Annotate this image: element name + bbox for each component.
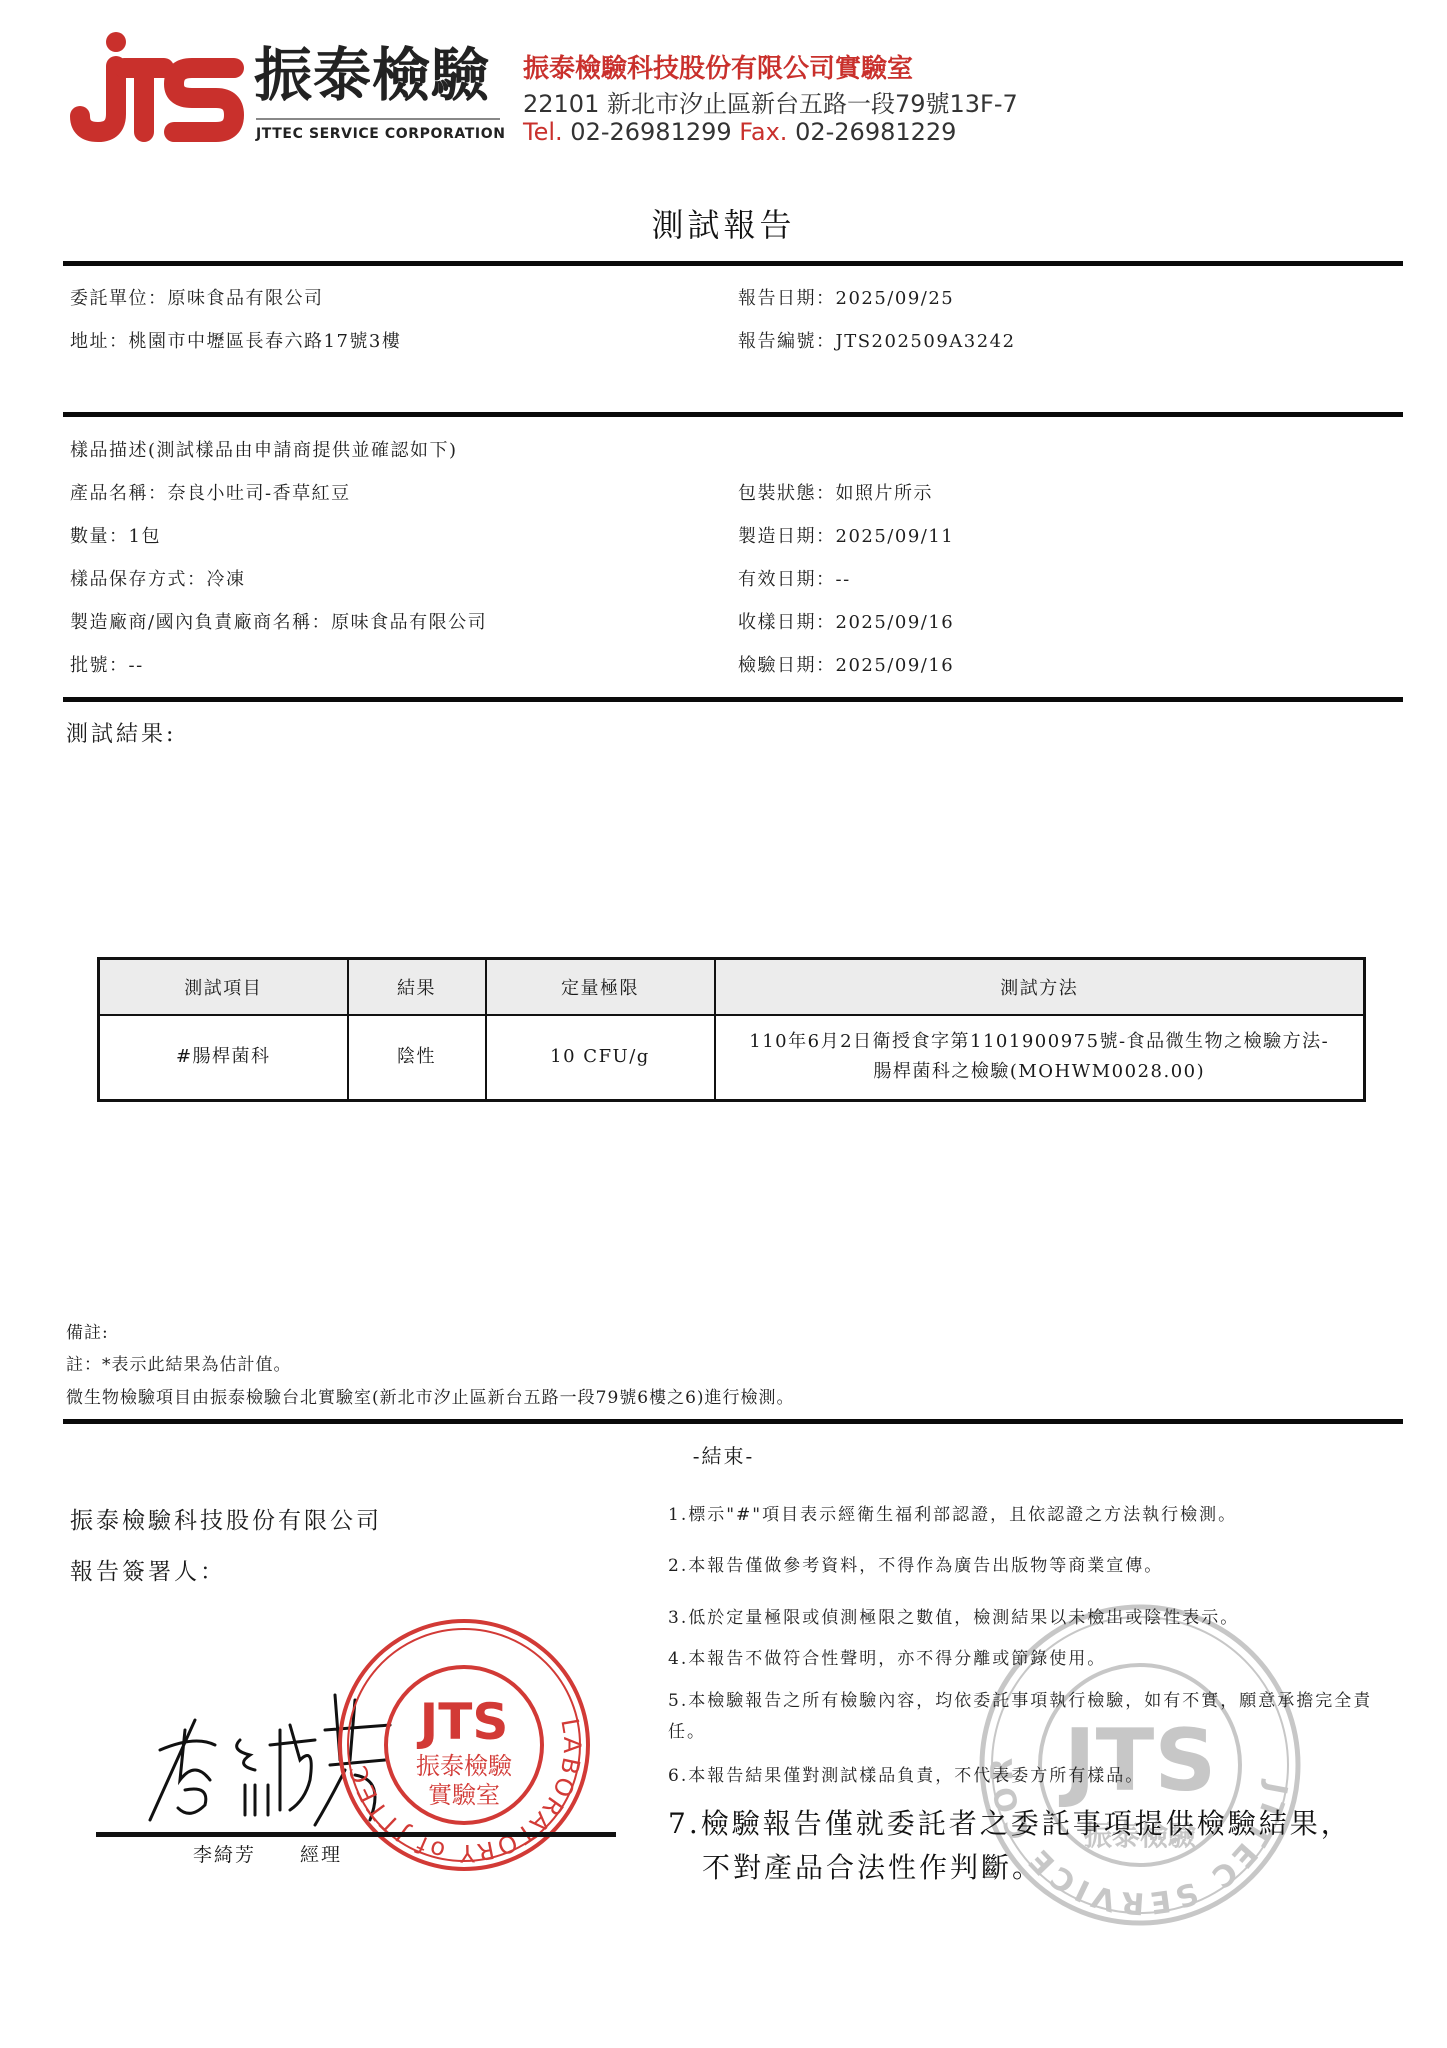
manufacturer-label: 製造廠商/國內負責廠商名稱： bbox=[70, 612, 331, 633]
signature-line bbox=[96, 1832, 616, 1837]
report-number-value: JTS202509A3242 bbox=[836, 331, 1016, 352]
batch-number: 批號：-- bbox=[70, 651, 144, 677]
results-table: 測試項目 結果 定量極限 測試方法 #腸桿菌科 陰性 10 CFU/g 110年… bbox=[97, 957, 1366, 1102]
method-line-2: 腸桿菌科之檢驗(MOHWM0028.00) bbox=[716, 1057, 1364, 1087]
jts-logo-icon bbox=[66, 28, 244, 146]
expiry-date: 有效日期：-- bbox=[738, 565, 851, 591]
batch-number-value: -- bbox=[129, 655, 144, 676]
packaging-status-label: 包裝狀態： bbox=[738, 483, 836, 504]
lab-contact: Tel. 02-26981299 Fax. 02-26981229 bbox=[523, 118, 956, 146]
report-date: 報告日期：2025/09/25 bbox=[738, 284, 954, 310]
client-unit-value: 原味食品有限公司 bbox=[168, 288, 324, 309]
note-estimate: 註：*表示此結果為估計值。 bbox=[66, 1350, 292, 1375]
issuing-company: 振泰檢驗科技股份有限公司 bbox=[70, 1502, 382, 1535]
product-name-label: 產品名稱： bbox=[70, 483, 168, 504]
divider bbox=[63, 1419, 1403, 1424]
sample-heading: 樣品描述(測試樣品由申請商提供並確認如下) bbox=[70, 436, 458, 462]
svg-text:JTS: JTS bbox=[417, 1693, 509, 1751]
clause-2: 2.本報告僅做參考資料，不得作為廣告出版物等商業宣傳。 bbox=[668, 1551, 1388, 1582]
clause-5: 5.本檢驗報告之所有檢驗內容，均依委託事項執行檢驗，如有不實，願意承擔完全責任。 bbox=[668, 1686, 1388, 1748]
notes-heading: 備註: bbox=[66, 1318, 109, 1343]
document-title: 測試報告 bbox=[0, 200, 1447, 246]
svg-text:實驗室: 實驗室 bbox=[428, 1781, 500, 1809]
report-number-label: 報告編號： bbox=[738, 331, 836, 352]
product-name-value: 奈良小吐司-香草紅豆 bbox=[168, 483, 351, 504]
expiry-date-label: 有效日期： bbox=[738, 569, 836, 590]
brand-divider bbox=[256, 118, 500, 120]
report-date-value: 2025/09/25 bbox=[836, 288, 955, 309]
manufacturer: 製造廠商/國內負責廠商名稱：原味食品有限公司 bbox=[70, 608, 487, 634]
manufacture-date: 製造日期：2025/09/11 bbox=[738, 522, 954, 548]
results-heading: 測試結果: bbox=[66, 717, 176, 748]
clause-6: 6.本報告結果僅對測試樣品負責，不代表委方所有樣品。 bbox=[668, 1761, 1388, 1792]
packaging-status: 包裝狀態：如照片所示 bbox=[738, 479, 933, 505]
signer-title: 經理 bbox=[300, 1840, 342, 1867]
signer-label: 報告簽署人： bbox=[70, 1553, 226, 1586]
tel-number: 02-26981299 bbox=[570, 118, 731, 146]
manufacture-date-label: 製造日期： bbox=[738, 526, 836, 547]
cell-method: 110年6月2日衛授食字第1101900975號-食品微生物之檢驗方法- 腸桿菌… bbox=[715, 1015, 1365, 1101]
tel-label: Tel. bbox=[523, 118, 563, 146]
test-date-value: 2025/09/16 bbox=[836, 655, 955, 676]
brand-name-cn: 振泰檢驗 bbox=[254, 46, 490, 104]
table-header-row: 測試項目 結果 定量極限 測試方法 bbox=[99, 959, 1365, 1015]
storage-method-label: 樣品保存方式： bbox=[70, 569, 207, 590]
cell-loq: 10 CFU/g bbox=[486, 1015, 715, 1101]
client-address: 地址：桃園市中壢區長春六路17號3樓 bbox=[70, 327, 401, 353]
clause-7: 7.檢驗報告僅就委託者之委託事項提供檢驗結果， bbox=[668, 1802, 1388, 1846]
storage-method-value: 冷凍 bbox=[207, 569, 246, 590]
client-address-value: 桃園市中壢區長春六路17號3樓 bbox=[129, 331, 402, 352]
report-number: 報告編號：JTS202509A3242 bbox=[738, 327, 1016, 353]
divider bbox=[63, 412, 1403, 417]
packaging-status-value: 如照片所示 bbox=[836, 483, 934, 504]
method-line-1: 110年6月2日衛授食字第1101900975號-食品微生物之檢驗方法- bbox=[716, 1027, 1364, 1057]
product-name: 產品名稱：奈良小吐司-香草紅豆 bbox=[70, 479, 351, 505]
report-date-label: 報告日期： bbox=[738, 288, 836, 309]
divider bbox=[63, 261, 1403, 266]
clause-3: 3.低於定量極限或偵測極限之數值，檢測結果以未檢出或陰性表示。 bbox=[668, 1603, 1388, 1634]
received-date-label: 收樣日期： bbox=[738, 612, 836, 633]
quantity-label: 數量： bbox=[70, 526, 129, 547]
cell-test-item: #腸桿菌科 bbox=[99, 1015, 348, 1101]
expiry-date-value: -- bbox=[836, 569, 851, 590]
col-header-method: 測試方法 bbox=[715, 959, 1365, 1015]
lab-address: 22101 新北市汐止區新台五路一段79號13F-7 bbox=[523, 84, 1018, 119]
manufacture-date-value: 2025/09/11 bbox=[836, 526, 955, 547]
batch-number-label: 批號： bbox=[70, 655, 129, 676]
clause-1: 1.標示"#"項目表示經衛生福利部認證，且依認證之方法執行檢測。 bbox=[668, 1500, 1388, 1531]
end-mark: -結束- bbox=[0, 1440, 1447, 1469]
cell-result: 陰性 bbox=[348, 1015, 486, 1101]
clause-7-continued: 不對產品合法性作判斷。 bbox=[702, 1846, 1422, 1890]
test-date: 檢驗日期：2025/09/16 bbox=[738, 651, 954, 677]
received-date-value: 2025/09/16 bbox=[836, 612, 955, 633]
client-unit-label: 委託單位： bbox=[70, 288, 168, 309]
letterhead: 振泰檢驗 JTTEC SERVICE CORPORATION 振泰檢驗科技股份有… bbox=[66, 28, 1066, 148]
manufacturer-value: 原味食品有限公司 bbox=[331, 612, 487, 633]
col-header-loq: 定量極限 bbox=[486, 959, 715, 1015]
table-row: #腸桿菌科 陰性 10 CFU/g 110年6月2日衛授食字第110190097… bbox=[99, 1015, 1365, 1101]
client-address-label: 地址： bbox=[70, 331, 129, 352]
brand-name-en: JTTEC SERVICE CORPORATION bbox=[256, 126, 506, 142]
received-date: 收樣日期：2025/09/16 bbox=[738, 608, 954, 634]
client-unit: 委託單位：原味食品有限公司 bbox=[70, 284, 324, 310]
svg-text:振泰檢驗: 振泰檢驗 bbox=[416, 1752, 513, 1780]
test-date-label: 檢驗日期： bbox=[738, 655, 836, 676]
col-header-result: 結果 bbox=[348, 959, 486, 1015]
quantity: 數量：1包 bbox=[70, 522, 161, 548]
storage-method: 樣品保存方式：冷凍 bbox=[70, 565, 246, 591]
lab-name: 振泰檢驗科技股份有限公司實驗室 bbox=[523, 48, 913, 85]
signer-name: 李綺芳 bbox=[193, 1840, 256, 1867]
note-lab-location: 微生物檢驗項目由振泰檢驗台北實驗室(新北市汐止區新台五路一段79號6樓之6)進行… bbox=[66, 1383, 795, 1408]
clause-4: 4.本報告不做符合性聲明，亦不得分離或節錄使用。 bbox=[668, 1644, 1388, 1675]
divider bbox=[63, 697, 1403, 702]
col-header-test-item: 測試項目 bbox=[99, 959, 348, 1015]
fax-number: 02-26981229 bbox=[795, 118, 956, 146]
quantity-value: 1包 bbox=[129, 526, 161, 547]
fax-label: Fax. bbox=[739, 118, 787, 146]
